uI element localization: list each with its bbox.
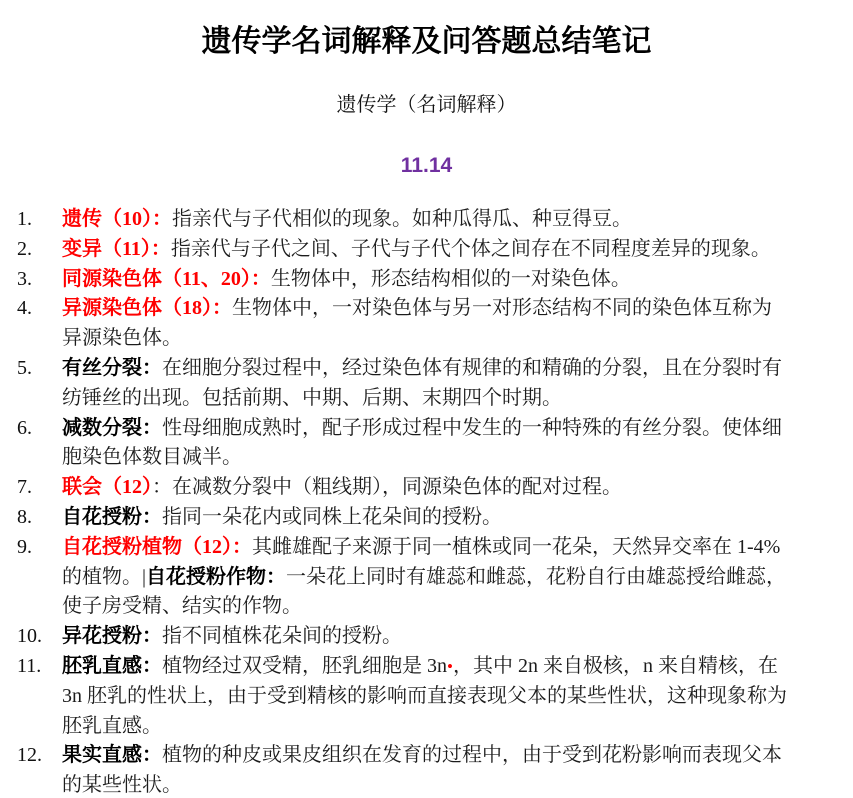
item-number: 3.: [17, 265, 32, 295]
definition-text: 指不同植株花朵间的授粉。: [162, 625, 402, 647]
list-line: 纺锤丝的出现。包括前期、中期、后期、末期四个时期。: [0, 384, 853, 414]
item-number: 2.: [17, 235, 32, 265]
list-line: 胚乳直感。: [0, 712, 853, 742]
list-line: 3.同源染色体（11、20）：生物体中，形态结构相似的一对染色体。: [0, 265, 853, 295]
document-subtitle: 遗传学（名词解释）: [0, 91, 853, 119]
term-bold: 自花授粉作物：: [146, 566, 286, 588]
definition-text: 性母细胞成熟时，配子形成过程中发生的一种特殊的有丝分裂。使体细: [162, 417, 782, 439]
term-bold: 自花授粉：: [62, 506, 162, 528]
list-line: 3n 胚乳的性状上，由于受到精核的影响而直接表现父本的某些性状，这种现象称为: [0, 682, 853, 712]
list-line: 的植物。|自花授粉作物：一朵花上同时有雄蕊和雌蕊，花粉自行由雄蕊授给雌蕊，: [0, 563, 853, 593]
definition-text: 胞染色体数目减半。: [62, 446, 242, 468]
term-red: 联会（12）: [62, 476, 152, 498]
definition-text: 一朵花上同时有雄蕊和雌蕊，花粉自行由雄蕊授给雌蕊，: [286, 566, 786, 588]
term-bold: 果实直感：: [62, 744, 162, 766]
term-bold: 胚乳直感：: [62, 655, 162, 677]
definition-text: 3n 胚乳的性状上，由于受到精核的影响而直接表现父本的某些性状，这种现象称为: [62, 685, 787, 707]
definition-text: 指亲代与子代相似的现象。如种瓜得瓜、种豆得豆。: [172, 208, 632, 230]
definition-text: 的植物。|: [62, 566, 146, 588]
term-bold: 异花授粉：: [62, 625, 162, 647]
list-line: 使子房受精、结实的作物。: [0, 592, 853, 622]
definition-text: ：在减数分裂中（粗线期），同源染色体的配对过程。: [152, 476, 622, 498]
term-red: 自花授粉植物（12）：: [62, 536, 252, 558]
definition-text: 植物经过双受精，胚乳细胞是 3n: [162, 655, 447, 677]
term-red: 异源染色体（18）：: [62, 297, 232, 319]
item-number: 4.: [17, 294, 32, 324]
definition-text: ，其中 2n 来自极核，n 来自精核，在: [453, 655, 778, 677]
definition-text: 胚乳直感。: [62, 715, 162, 737]
list-line: 2.变异（11）：指亲代与子代之间、子代与子代个体之间存在不同程度差异的现象。: [0, 235, 853, 265]
item-number: 11.: [17, 652, 41, 682]
definition-text: 生物体中，一对染色体与另一对形态结构不同的染色体互称为: [232, 297, 772, 319]
definition-text: 植物的种皮或果皮组织在发育的过程中，由于受到花粉影响而表现父本: [162, 744, 782, 766]
definition-text: 使子房受精、结实的作物。: [62, 595, 302, 617]
document-title: 遗传学名词解释及问答题总结笔记: [0, 0, 853, 59]
term-red: 变异（11）：: [62, 238, 171, 260]
list-line: 6.减数分裂：性母细胞成熟时，配子形成过程中发生的一种特殊的有丝分裂。使体细: [0, 414, 853, 444]
list-line: 10.异花授粉：指不同植株花朵间的授粉。: [0, 622, 853, 652]
document-page: 遗传学名词解释及问答题总结笔记 遗传学（名词解释） 11.14 1.遗传（10）…: [0, 0, 853, 798]
item-number: 1.: [17, 205, 32, 235]
definition-text: 在细胞分裂过程中，经过染色体有规律的和精确的分裂，且在分裂时有: [162, 357, 782, 379]
list-line: 异源染色体。: [0, 324, 853, 354]
item-number: 8.: [17, 503, 32, 533]
item-number: 6.: [17, 414, 32, 444]
list-line: 5.有丝分裂：在细胞分裂过程中，经过染色体有规律的和精确的分裂，且在分裂时有: [0, 354, 853, 384]
list-line: 12.果实直感：植物的种皮或果皮组织在发育的过程中，由于受到花粉影响而表现父本: [0, 741, 853, 771]
list-line: 11.胚乳直感：植物经过双受精，胚乳细胞是 3n•，其中 2n 来自极核，n 来…: [0, 652, 853, 682]
definition-text: 指亲代与子代之间、子代与子代个体之间存在不同程度差异的现象。: [171, 238, 771, 260]
list-line: 4.异源染色体（18）：生物体中，一对染色体与另一对形态结构不同的染色体互称为: [0, 294, 853, 324]
definition-text: 异源染色体。: [62, 327, 182, 349]
definition-text: 纺锤丝的出现。包括前期、中期、后期、末期四个时期。: [62, 387, 562, 409]
list-line: 8.自花授粉：指同一朵花内或同株上花朵间的授粉。: [0, 503, 853, 533]
item-number: 12.: [17, 741, 42, 771]
list-line: 的某些性状。: [0, 771, 853, 798]
item-number: 7.: [17, 473, 32, 503]
date-heading: 11.14: [0, 153, 853, 179]
item-number: 10.: [17, 622, 42, 652]
term-bold: 有丝分裂：: [62, 357, 162, 379]
definition-text: 指同一朵花内或同株上花朵间的授粉。: [162, 506, 502, 528]
term-red: 同源染色体（11、20）：: [62, 268, 271, 290]
definition-text: 生物体中，形态结构相似的一对染色体。: [271, 268, 631, 290]
definition-text: 其雌雄配子来源于同一植株或同一花朵，天然异交率在 1-4%: [252, 536, 780, 558]
item-number: 5.: [17, 354, 32, 384]
item-number: 9.: [17, 533, 32, 563]
list-line: 1.遗传（10）：指亲代与子代相似的现象。如种瓜得瓜、种豆得豆。: [0, 205, 853, 235]
list-line: 胞染色体数目减半。: [0, 443, 853, 473]
list-line: 9.自花授粉植物（12）：其雌雄配子来源于同一植株或同一花朵，天然异交率在 1-…: [0, 533, 853, 563]
term-red: 遗传（10）：: [62, 208, 172, 230]
term-bold: 减数分裂：: [62, 417, 162, 439]
definition-text: 的某些性状。: [62, 774, 182, 796]
list-line: 7.联会（12）：在减数分裂中（粗线期），同源染色体的配对过程。: [0, 473, 853, 503]
term-list: 1.遗传（10）：指亲代与子代相似的现象。如种瓜得瓜、种豆得豆。2.变异（11）…: [0, 205, 853, 798]
